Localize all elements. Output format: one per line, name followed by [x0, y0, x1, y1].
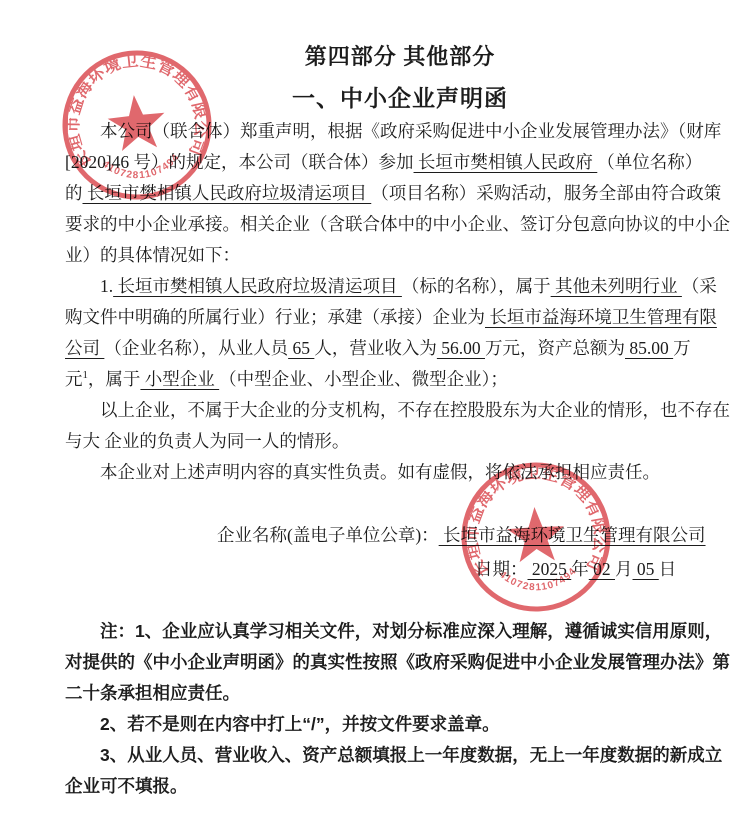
- text-line: 购文件中明确的所属行业）行业；承建（承接）企业为 长垣市益海环境卫生管理有限: [65, 302, 741, 333]
- text-segment: 企业名称(盖电子单位公章)：: [217, 525, 439, 545]
- text-line: 1. 长垣市樊相镇人民政府垃圾清运项目 （标的名称），属于 其他未列明行业 （采: [65, 271, 741, 302]
- text-line: 企业可不填报。: [65, 771, 741, 802]
- text-line: 注：1、企业应认真学习相关文件，对划分标准应深入理解，遵循诚实信用原则，: [65, 616, 741, 647]
- text-segment: （单位名称）: [597, 152, 702, 172]
- text-segment: （中型企业、小型企业、微型企业）；: [219, 369, 508, 389]
- field-purchaser-name: 长垣市樊相镇人民政府: [414, 152, 598, 172]
- text-segment: 人，营业收入为: [314, 338, 437, 358]
- stamp-code-text: 4107281107494: [496, 565, 580, 595]
- text-line: 二十条承担相应责任。: [65, 678, 741, 709]
- text-segment: 二十条承担相应责任。: [65, 683, 240, 703]
- text-line: 对提供的《中小企业声明函》的真实性按照《政府采购促进中小企业发展管理办法》第: [65, 647, 741, 678]
- text-segment: 1.: [100, 276, 113, 296]
- text-segment: 企业可不填报。: [65, 776, 188, 796]
- field-enterprise-type: 小型企业: [140, 369, 219, 389]
- text-segment: 注：1、企业应认真学习相关文件，对划分标准应深入理解，遵循诚实信用原则，: [100, 621, 722, 641]
- text-segment: 万: [673, 338, 691, 358]
- text-segment: 以上企业，不属于大企业的分支机构，不存在控股股东为大企业的情形，也不存在: [100, 400, 730, 420]
- text-line: 以上企业，不属于大企业的分支机构，不存在控股股东为大企业的情形，也不存在: [65, 395, 741, 426]
- field-revenue: 56.00: [437, 338, 485, 358]
- text-line: 与大 企业的负责人为同一人的情形。: [65, 426, 741, 457]
- text-line: 业）的具体情况如下：: [65, 240, 741, 271]
- text-line: 要求的中小企业承接。相关企业（含联合体中的中小企业、签订分包意向协议的中小企: [65, 209, 741, 240]
- text-segment: （采: [682, 276, 717, 296]
- company-seal-stamp-signature: 长垣市益海环境卫生管理有限公司 4107281107494: [452, 453, 620, 621]
- text-segment: 2、若不是则在内容中打上“/”，并按文件要求盖章。: [100, 714, 500, 734]
- star-icon: [105, 92, 167, 152]
- text-segment: 对提供的《中小企业声明函》的真实性按照《政府采购促进中小企业发展管理办法》第: [65, 652, 730, 672]
- text-line: 元1，属于 小型企业 （中型企业、小型企业、微型企业）；: [65, 364, 741, 395]
- text-segment: 万元，资产总额为: [485, 338, 625, 358]
- text-segment: （标的名称），属于: [402, 276, 551, 296]
- text-line: 本企业对上述声明内容的真实性负责。如有虚假，将依法承担相应责任。: [65, 457, 741, 488]
- text-segment: ，属于: [88, 369, 141, 389]
- company-seal-stamp-top: 长垣市益海环境卫生管理有限公司 4107281107494: [49, 37, 225, 213]
- field-contractor-name-part1: 长垣市益海环境卫生管理有限: [485, 307, 717, 327]
- text-segment: （项目名称）采购活动，服务全部由符合政策: [371, 183, 721, 203]
- text-line: 3、从业人员、营业收入、资产总额填报上一年度数据，无上一年度数据的新成立: [65, 740, 741, 771]
- text-segment: 与大 企业的负责人为同一人的情形。: [65, 431, 349, 451]
- text-line: 公司 （企业名称），从业人员 65 人，营业收入为 56.00 万元，资产总额为…: [65, 333, 741, 364]
- field-subject-name: 长垣市樊相镇人民政府垃圾清运项目: [113, 276, 402, 296]
- field-assets: 85.00: [625, 338, 673, 358]
- text-segment: （企业名称），从业人员: [104, 338, 288, 358]
- stamp-code-text: 4107281107494: [99, 151, 184, 185]
- field-date-day: 05: [633, 559, 659, 579]
- text-segment: 购文件中明确的所属行业）行业；承建（承接）企业为: [65, 307, 485, 327]
- text-segment: 元: [65, 369, 83, 389]
- text-line: 2、若不是则在内容中打上“/”，并按文件要求盖章。: [65, 709, 741, 740]
- field-industry: 其他未列明行业: [551, 276, 682, 296]
- notes-section: 注：1、企业应认真学习相关文件，对划分标准应深入理解，遵循诚实信用原则，对提供的…: [65, 616, 741, 802]
- field-employees: 65: [288, 338, 314, 358]
- document-page: 第四部分 其他部分 一、中小企业声明函 本公司（联合体）郑重声明，根据《政府采购…: [0, 0, 742, 817]
- text-segment: 业）的具体情况如下：: [65, 245, 240, 265]
- star-icon: [506, 506, 566, 563]
- text-segment: 日: [659, 559, 677, 579]
- text-segment: 要求的中小企业承接。相关企业（含联合体中的中小企业、签订分包意向协议的中小企: [65, 214, 730, 234]
- text-segment: 3、从业人员、营业收入、资产总额填报上一年度数据，无上一年度数据的新成立: [100, 745, 722, 765]
- field-contractor-name-part2: 公司: [65, 338, 104, 358]
